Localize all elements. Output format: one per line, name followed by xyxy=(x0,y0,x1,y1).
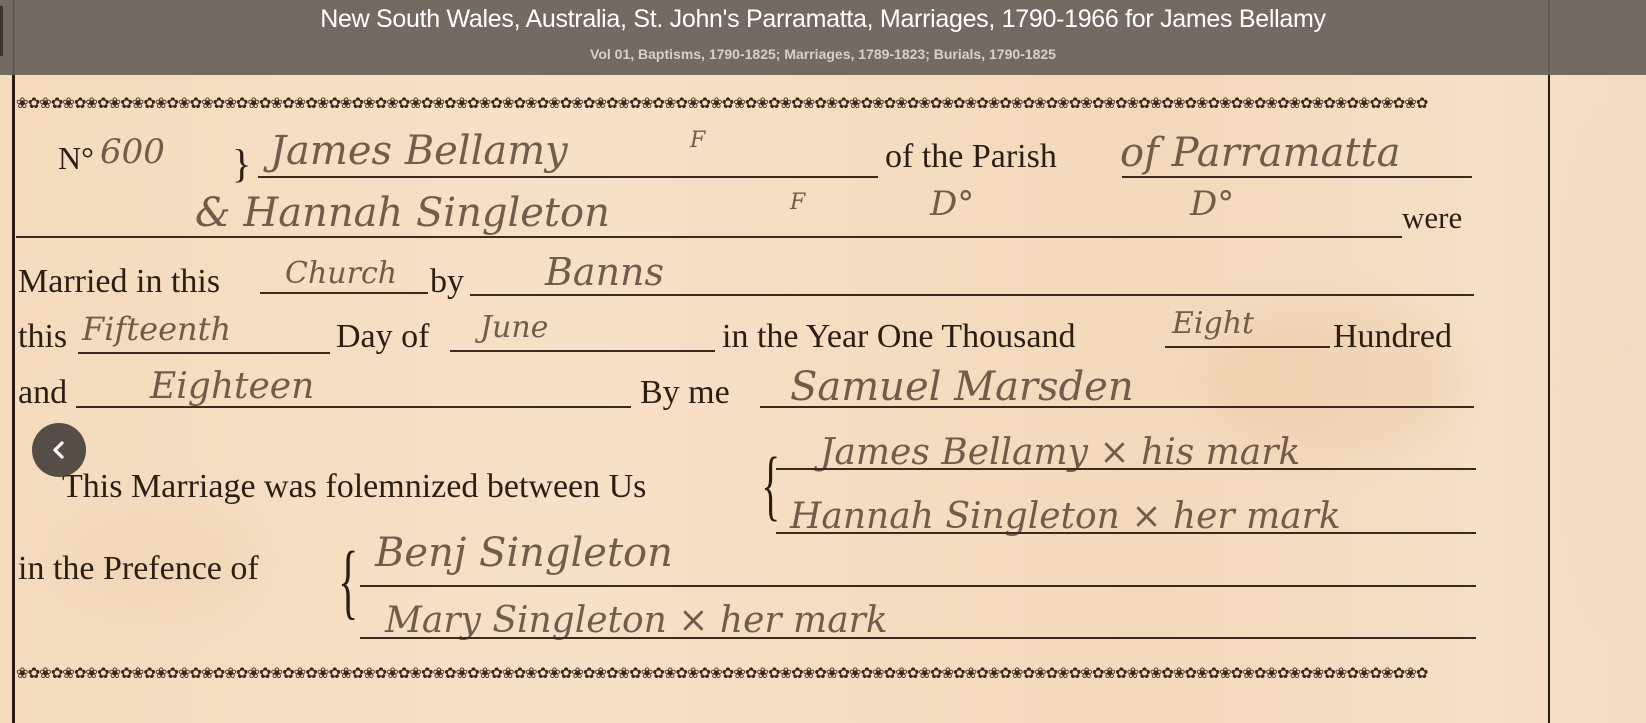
year-rest: Eighteen xyxy=(150,366,314,407)
rule xyxy=(258,176,878,178)
and-label: and xyxy=(18,374,67,412)
presence-label: in the Prefence of xyxy=(18,550,259,588)
groom-parish: of Parramatta xyxy=(1120,130,1400,176)
rule xyxy=(76,406,631,408)
witness-2: Mary Singleton × her mark xyxy=(385,600,888,641)
this-label: this xyxy=(18,318,67,356)
month: June xyxy=(480,310,548,345)
brace: } xyxy=(232,140,251,187)
entry-number-label: N° xyxy=(58,140,94,177)
ornament-border-bottom: ❀✿❀✿❀✿❀✿❀✿❀✿❀✿❀✿❀✿❀✿❀✿❀✿❀✿❀✿❀✿❀✿❀✿❀✿❀✿❀✿… xyxy=(16,664,1546,682)
year-hundreds: Eight xyxy=(1172,306,1254,341)
were-label: were xyxy=(1402,200,1462,236)
rule xyxy=(360,585,1476,587)
married-in: Church xyxy=(285,256,397,291)
groom-status: F xyxy=(690,128,705,153)
solemnized-label: This Marriage was folemnized between Us xyxy=(62,468,646,506)
record-subtitle: Vol 01, Baptisms, 1790-1825; Marriages, … xyxy=(0,46,1646,62)
in-the-year-label: in the Year One Thousand xyxy=(722,318,1076,356)
bride-ditto-2: D° xyxy=(1190,184,1234,224)
rule xyxy=(470,294,1474,296)
day: Fifteenth xyxy=(82,310,231,348)
officiant: Samuel Marsden xyxy=(790,364,1134,410)
page-border-right xyxy=(1548,0,1550,723)
ornament-border-top: ❀✿❀✿❀✿❀✿❀✿❀✿❀✿❀✿❀✿❀✿❀✿❀✿❀✿❀✿❀✿❀✿❀✿❀✿❀✿❀✿… xyxy=(16,94,1546,112)
bride-status: F xyxy=(790,190,805,215)
rule xyxy=(78,352,330,354)
hundred-label: Hundred xyxy=(1333,318,1452,356)
day-of-label: Day of xyxy=(336,318,429,356)
rule xyxy=(776,532,1476,534)
rule xyxy=(1122,176,1472,178)
bride-ditto-1: D° xyxy=(930,184,974,224)
record-header: New South Wales, Australia, St. John's P… xyxy=(0,0,1646,75)
rule xyxy=(260,292,428,294)
witness-1: Benj Singleton xyxy=(375,530,673,576)
rule xyxy=(360,637,1476,639)
by-me-label: By me xyxy=(640,374,730,412)
by-label: by xyxy=(430,263,464,301)
paper-stain xyxy=(1560,120,1646,620)
brace: { xyxy=(338,540,358,624)
chevron-left-icon xyxy=(51,441,67,459)
married-by: Banns xyxy=(545,250,664,294)
entry-number: 600 xyxy=(100,132,165,172)
rule xyxy=(450,350,715,352)
married-in-this-label: Married in this xyxy=(18,263,220,301)
rule xyxy=(776,468,1476,470)
rule xyxy=(760,406,1474,408)
signature-groom: James Bellamy × his mark xyxy=(820,432,1300,473)
page-border-left xyxy=(12,0,15,723)
document-image-viewer: ❀✿❀✿❀✿❀✿❀✿❀✿❀✿❀✿❀✿❀✿❀✿❀✿❀✿❀✿❀✿❀✿❀✿❀✿❀✿❀✿… xyxy=(0,0,1646,723)
record-title: New South Wales, Australia, St. John's P… xyxy=(0,5,1646,34)
bride-name: & Hannah Singleton xyxy=(195,190,610,236)
previous-image-button[interactable] xyxy=(32,423,86,477)
groom-name: James Bellamy xyxy=(270,128,568,174)
rule xyxy=(1165,346,1330,348)
of-the-parish-label: of the Parish xyxy=(885,138,1057,176)
rule xyxy=(16,236,1402,238)
signature-bride: Hannah Singleton × her mark xyxy=(790,496,1341,537)
brace: { xyxy=(761,446,780,524)
